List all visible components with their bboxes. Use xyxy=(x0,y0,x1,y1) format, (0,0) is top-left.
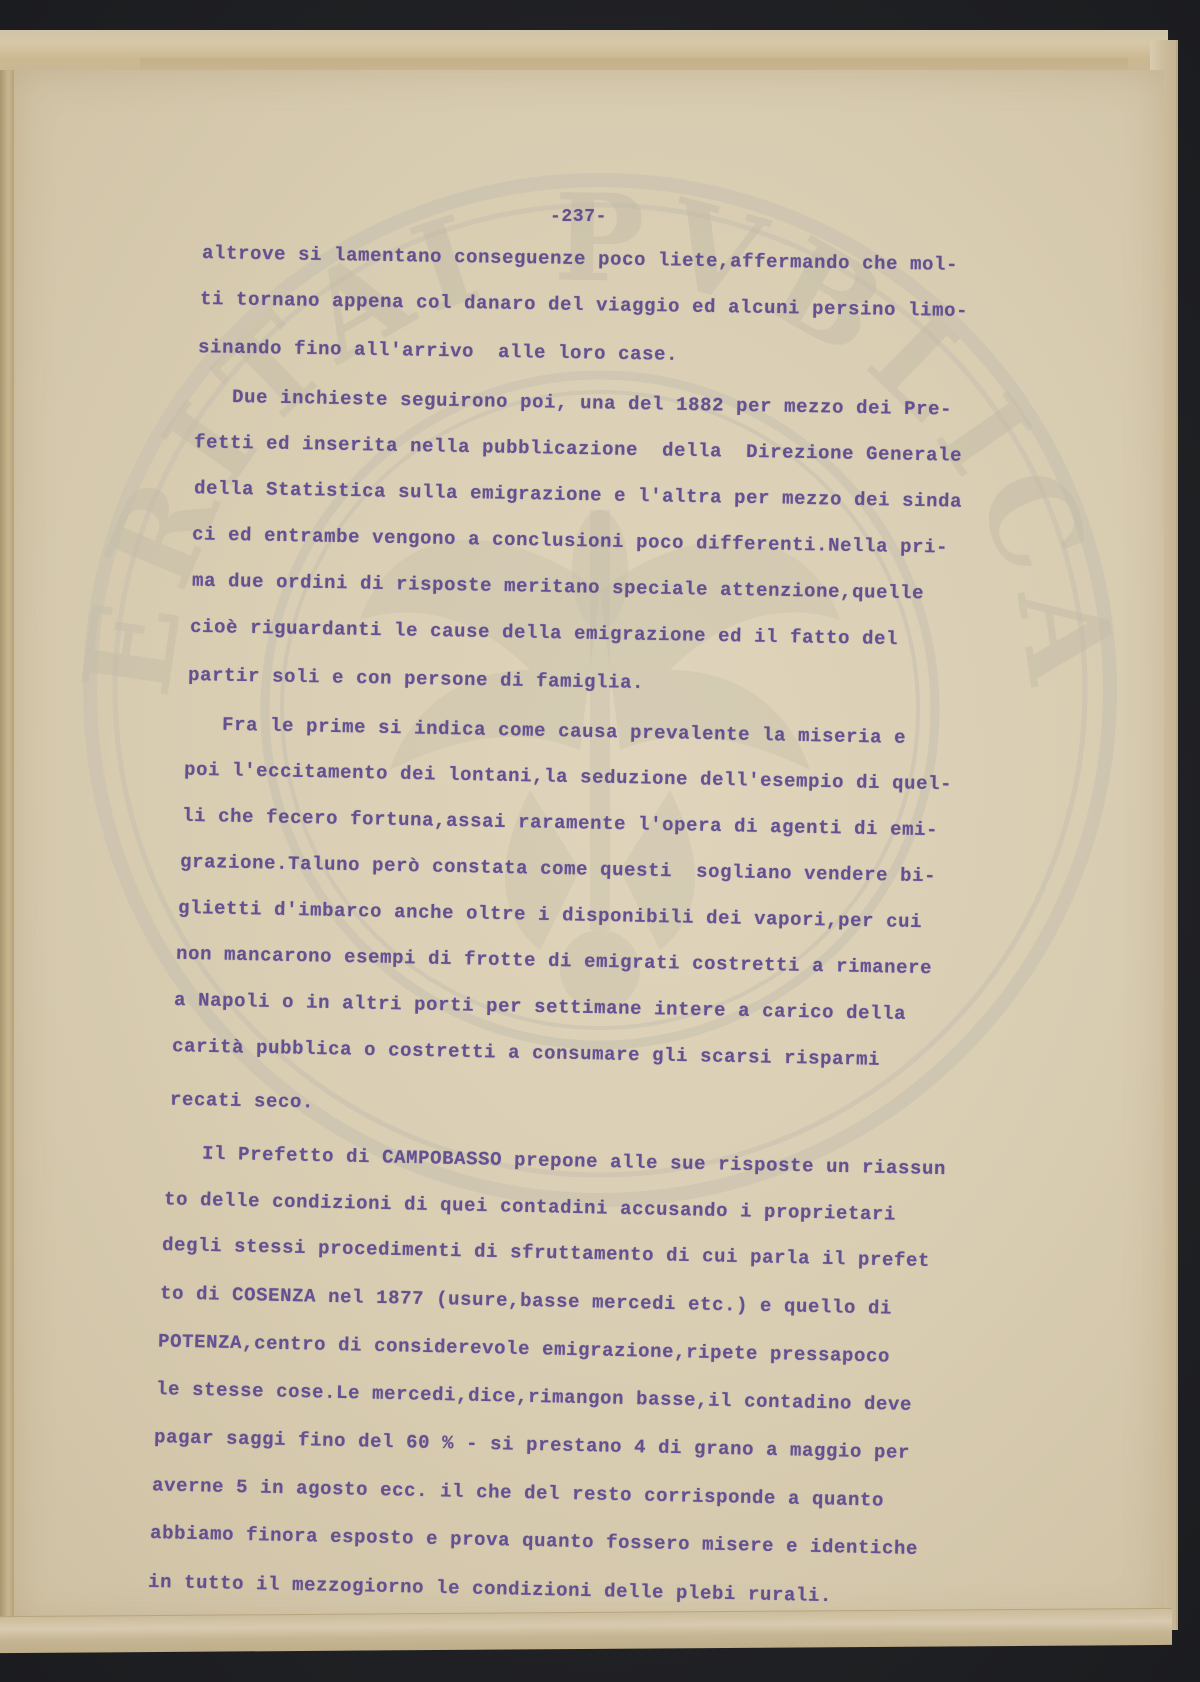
text-line: recati seco. xyxy=(170,1089,314,1114)
binding-strip xyxy=(0,70,14,1625)
page-number: -237- xyxy=(550,207,607,227)
